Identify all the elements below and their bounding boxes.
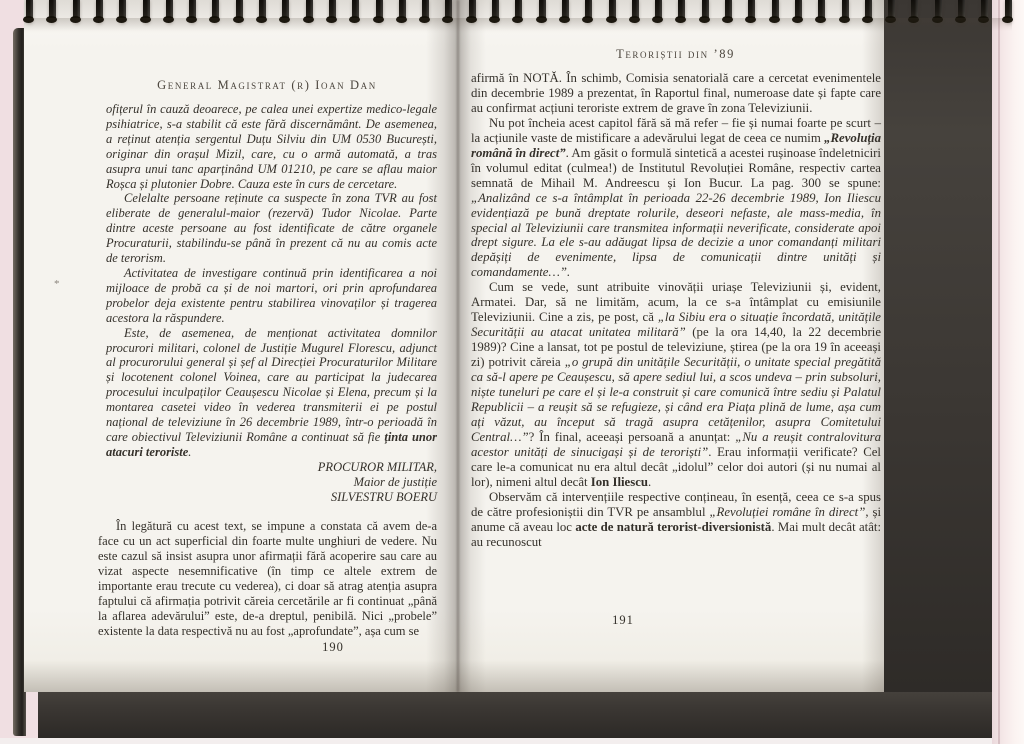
binding-coil xyxy=(818,0,825,21)
right-page-number: 191 xyxy=(593,613,653,628)
coil-loop-end xyxy=(745,16,756,23)
coil-loop-end xyxy=(23,16,34,23)
binding-coil xyxy=(842,0,849,21)
coil-loop-end xyxy=(932,16,943,23)
binding-coil xyxy=(422,0,429,21)
binding-coil xyxy=(469,0,476,21)
coil-loop-end xyxy=(233,16,244,23)
text-run: . xyxy=(188,445,191,459)
binding-coil xyxy=(958,0,965,21)
text-run: acte de natură terorist-diversionistă xyxy=(575,520,771,534)
binding-coil xyxy=(212,0,219,21)
left-page-body: ofițerul în cauză deoarece, pe calea une… xyxy=(98,102,437,639)
coil-loop-end xyxy=(559,16,570,23)
paragraph: Cum se vede, sunt atribuite vinovății ur… xyxy=(471,280,881,489)
coil-loop-end xyxy=(93,16,104,23)
coil-loop-end xyxy=(582,16,593,23)
binding-coil xyxy=(445,0,452,21)
binding-coil xyxy=(725,0,732,21)
binding-coil xyxy=(865,0,872,21)
binding-coil xyxy=(632,0,639,21)
binding-coil xyxy=(772,0,779,21)
text-run: „Analizând ce s-a întâmplat în perioada … xyxy=(471,191,881,280)
coil-loop-end xyxy=(815,16,826,23)
paragraph: Nu pot încheia acest capitol fără să mă … xyxy=(471,116,881,280)
binding-coil xyxy=(49,0,56,21)
binding-coil xyxy=(702,0,709,21)
left-page-number: 190 xyxy=(303,640,363,655)
coil-loop-end xyxy=(326,16,337,23)
coil-loop-end xyxy=(652,16,663,23)
binding-coil xyxy=(539,0,546,21)
binding-coil xyxy=(236,0,243,21)
text-run: ofițerul în cauză deoarece, pe calea une… xyxy=(106,102,437,191)
text-run: Activitatea de investigare continuă prin… xyxy=(106,266,437,325)
coil-loop-end xyxy=(536,16,547,23)
paragraph: Este, de asemenea, de menționat activita… xyxy=(98,326,437,460)
binding-coil xyxy=(655,0,662,21)
text-run: În legătură cu acest text, se impune a c… xyxy=(98,519,437,637)
binding-coil xyxy=(935,0,942,21)
bottom-shadow xyxy=(24,660,884,692)
coil-loop-end xyxy=(489,16,500,23)
coil-loop-end xyxy=(862,16,873,23)
binding-coil xyxy=(306,0,313,21)
binding-coil xyxy=(748,0,755,21)
coil-loop-end xyxy=(396,16,407,23)
paragraph: PROCUROR MILITAR, xyxy=(98,460,437,475)
binding-coil xyxy=(96,0,103,21)
coil-loop-end xyxy=(722,16,733,23)
coil-loop-end xyxy=(699,16,710,23)
text-run: Maior de justiție xyxy=(354,475,437,489)
coil-loop-end xyxy=(46,16,57,23)
text-run: Este, de asemenea, de menționat activita… xyxy=(106,326,437,444)
paragraph: Maior de justiție xyxy=(98,475,437,490)
coil-loop-end xyxy=(209,16,220,23)
coil-loop-end xyxy=(512,16,523,23)
binding-coil xyxy=(259,0,266,21)
coil-loop-end xyxy=(908,16,919,23)
paragraph: ofițerul în cauză deoarece, pe calea une… xyxy=(98,102,437,191)
binding-coil xyxy=(515,0,522,21)
text-run: . xyxy=(648,475,651,489)
text-run: PROCUROR MILITAR, xyxy=(318,460,437,474)
binding-coil xyxy=(795,0,802,21)
binding-coil xyxy=(585,0,592,21)
background-strip-bottom xyxy=(0,738,992,744)
text-run: SILVESTRU BOERU xyxy=(331,490,437,504)
coil-loop-end xyxy=(373,16,384,23)
coil-loop-end xyxy=(186,16,197,23)
binding-coil xyxy=(1005,0,1012,21)
coil-loop-end xyxy=(419,16,430,23)
coil-loop-end xyxy=(769,16,780,23)
binding-coil xyxy=(329,0,336,21)
binding-coil xyxy=(888,0,895,21)
binding-coil xyxy=(399,0,406,21)
binding-coil xyxy=(73,0,80,21)
background-strip-right xyxy=(992,0,1024,744)
coil-loop-end xyxy=(885,16,896,23)
book-spread: General Magistrat (r) Ioan Dan * ofițeru… xyxy=(24,0,884,692)
coil-loop-end xyxy=(116,16,127,23)
right-page-body: afirmă în NOTĂ. În schimb, Comisia senat… xyxy=(471,71,881,550)
binding-coil xyxy=(189,0,196,21)
coil-loop-end xyxy=(349,16,360,23)
binding-coil xyxy=(562,0,569,21)
text-run: Nu pot încheia acest capitol fără să mă … xyxy=(471,116,881,145)
binding-coil xyxy=(26,0,33,21)
paragraph: În legătură cu acest text, se impune a c… xyxy=(98,519,437,638)
binding-coil xyxy=(678,0,685,21)
paragraph: afirmă în NOTĂ. În schimb, Comisia senat… xyxy=(471,71,881,116)
spiral-binding xyxy=(0,0,1024,34)
binding-coil xyxy=(352,0,359,21)
binding-coil xyxy=(282,0,289,21)
text-run: Celelalte persoane reținute ca suspecte … xyxy=(106,191,437,265)
paragraph: Observăm că intervențiile respective con… xyxy=(471,490,881,550)
text-run: Ion Iliescu xyxy=(591,475,648,489)
dark-backing-bottom xyxy=(38,692,992,738)
binding-coil xyxy=(166,0,173,21)
binding-coil xyxy=(911,0,918,21)
coil-loop-end xyxy=(163,16,174,23)
coil-loop-end xyxy=(839,16,850,23)
coil-loop-end xyxy=(303,16,314,23)
coil-loop-end xyxy=(466,16,477,23)
binding-coil xyxy=(376,0,383,21)
coil-loop-end xyxy=(606,16,617,23)
coil-loop-end xyxy=(675,16,686,23)
binding-coil xyxy=(143,0,150,21)
right-page-header: Teroriștii din ’89 xyxy=(471,47,880,62)
coil-loop-end xyxy=(256,16,267,23)
coil-loop-end xyxy=(978,16,989,23)
coil-loop-end xyxy=(955,16,966,23)
margin-asterisk-mark: * xyxy=(54,278,60,290)
binding-coil xyxy=(492,0,499,21)
coil-loop-end xyxy=(442,16,453,23)
coil-loop-end xyxy=(279,16,290,23)
text-run: afirmă în NOTĂ. În schimb, Comisia senat… xyxy=(471,71,881,115)
coil-loop-end xyxy=(70,16,81,23)
paragraph: SILVESTRU BOERU xyxy=(98,490,437,505)
binding-coil xyxy=(981,0,988,21)
paragraph: Celelalte persoane reținute ca suspecte … xyxy=(98,191,437,266)
text-run: ? În final, aceeași persoană a anunțat: xyxy=(529,430,736,444)
scanned-book-photo: General Magistrat (r) Ioan Dan * ofițeru… xyxy=(0,0,1024,744)
dark-backing-right xyxy=(884,0,992,738)
coil-loop-end xyxy=(792,16,803,23)
binding-coil xyxy=(119,0,126,21)
coil-loop-end xyxy=(629,16,640,23)
paragraph: Activitatea de investigare continuă prin… xyxy=(98,266,437,326)
binding-coil xyxy=(609,0,616,21)
coil-loop-end xyxy=(140,16,151,23)
left-page-header: General Magistrat (r) Ioan Dan xyxy=(98,78,436,93)
coil-loop-end xyxy=(1002,16,1013,23)
text-run: „Revoluției române în direct” xyxy=(709,505,865,519)
